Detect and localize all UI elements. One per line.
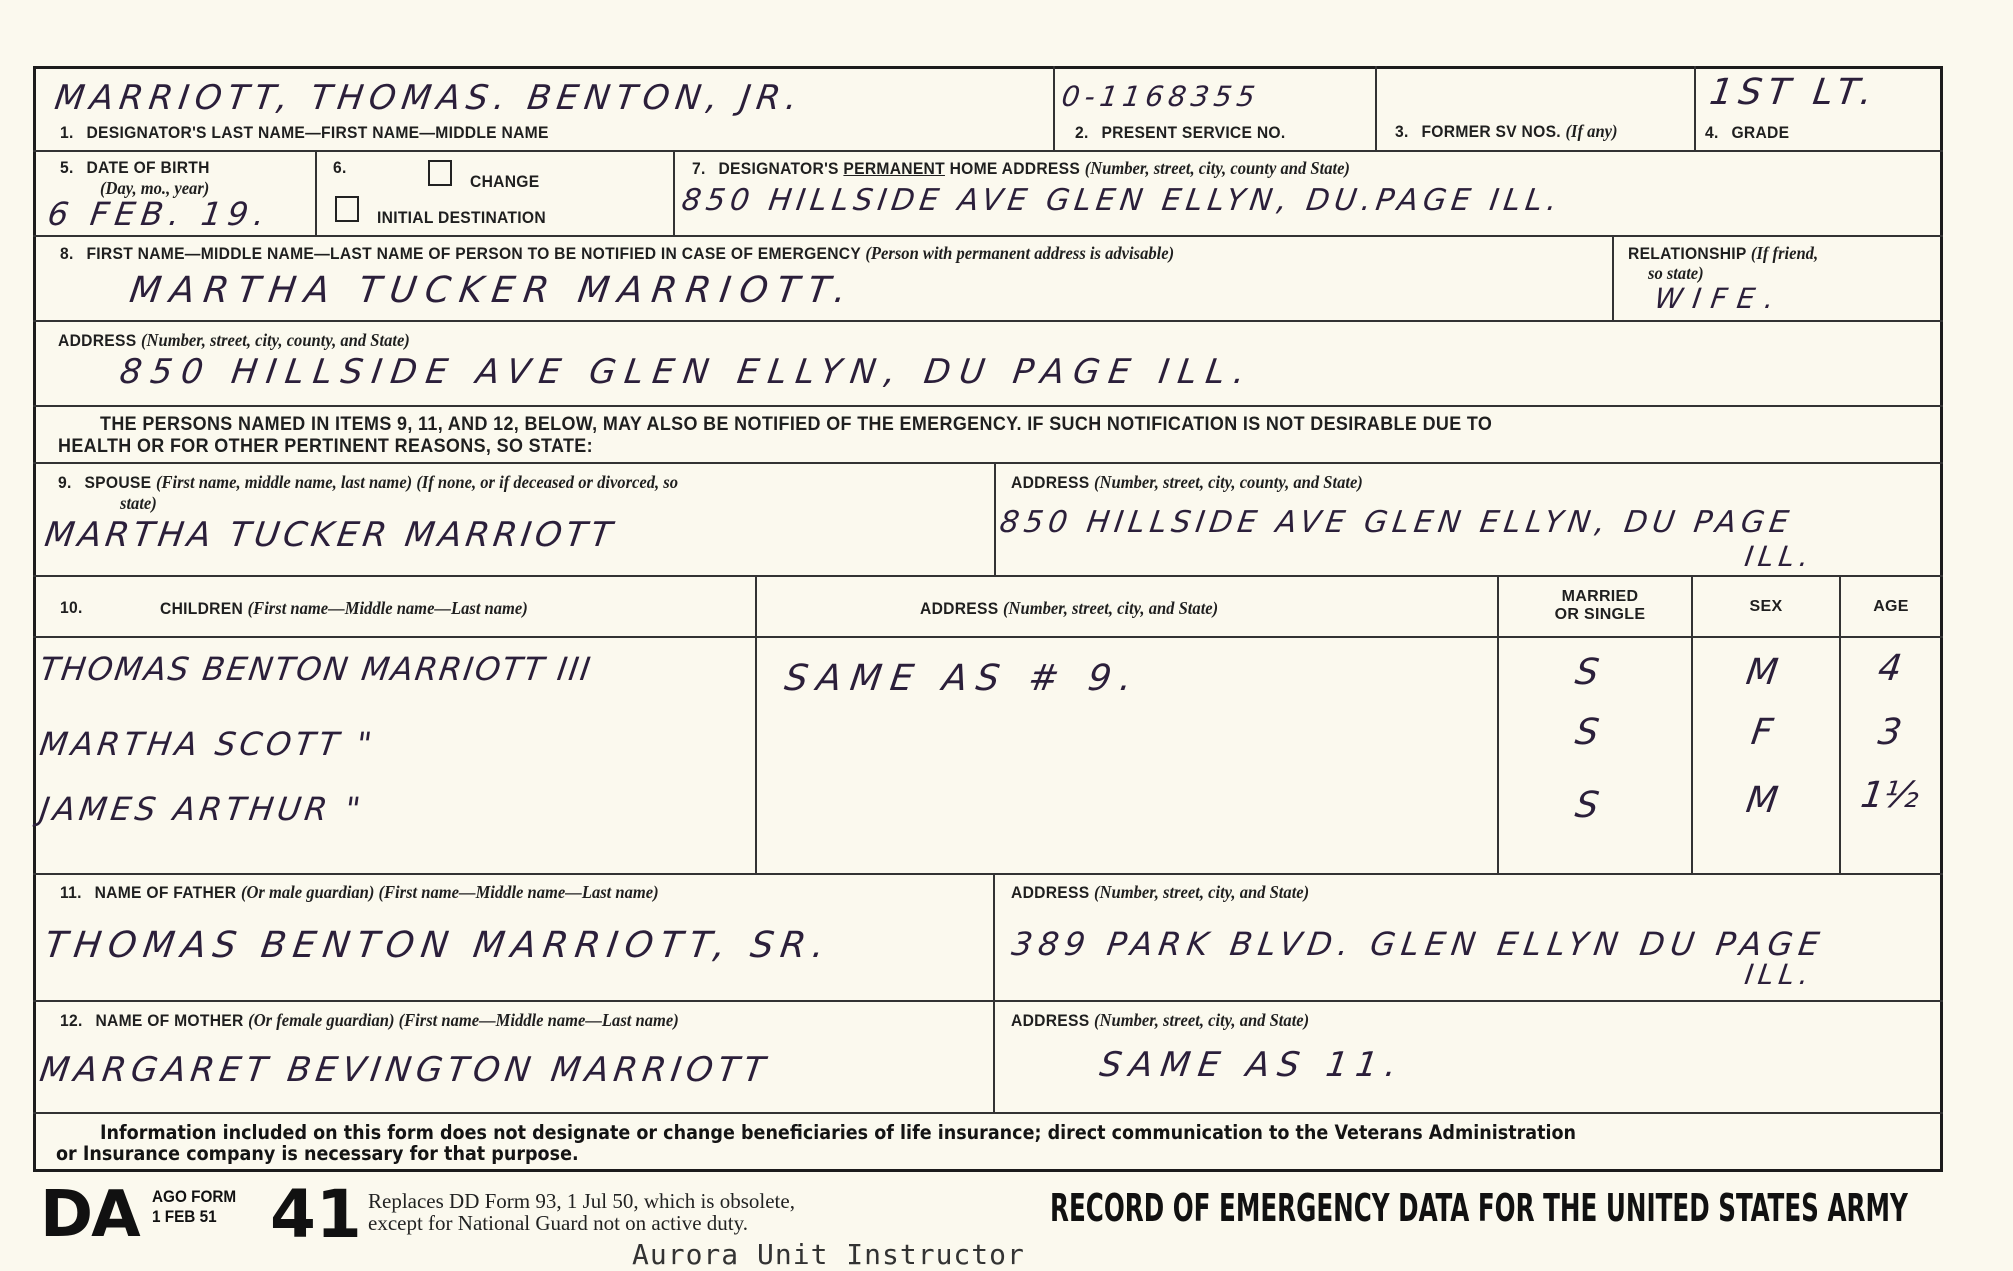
child-marital[interactable]: S	[1537, 785, 1643, 826]
divider	[315, 150, 317, 235]
emergency-contact-value[interactable]: MARTHA TUCKER MARRIOTT.	[127, 270, 858, 311]
divider	[993, 873, 995, 1112]
mother-address-value[interactable]: SAME AS 11.	[1097, 1045, 1407, 1085]
notice-line-2: HEALTH OR FOR OTHER PERTINENT REASONS, S…	[58, 435, 593, 457]
date-of-birth-label: 5.DATE OF BIRTH	[60, 158, 210, 178]
form-number: 41	[270, 1176, 362, 1253]
divider	[33, 575, 1943, 577]
grade-label: 4.GRADE	[1705, 123, 1789, 143]
divider	[33, 320, 1943, 322]
divider	[33, 873, 1943, 875]
divider	[1497, 575, 1499, 873]
emergency-contact-label: 8.FIRST NAME—MIDDLE NAME—LAST NAME OF PE…	[60, 243, 1174, 264]
father-address-label: ADDRESS (Number, street, city, and State…	[1011, 882, 1309, 903]
child-marital[interactable]: S	[1537, 712, 1643, 753]
info-line-2: or Insurance company is necessary for th…	[56, 1143, 579, 1164]
children-address-value[interactable]: SAME AS # 9.	[782, 658, 1143, 699]
mother-address-label: ADDRESS (Number, street, city, and State…	[1011, 1010, 1309, 1031]
divider	[33, 636, 1943, 638]
grade-value[interactable]: 1ST LT.	[1707, 72, 1881, 113]
service-number-value[interactable]: 0-1168355	[1060, 80, 1262, 113]
divider	[994, 462, 996, 575]
divider	[33, 235, 1943, 237]
divider	[755, 575, 757, 873]
emergency-address-value[interactable]: 850 HILLSIDE AVE GLEN ELLYN, DU PAGE ILL…	[117, 352, 1256, 392]
home-address-label: 7.DESIGNATOR'S PERMANENT HOME ADDRESS (N…	[692, 158, 1350, 179]
date-of-birth-value[interactable]: 6 FEB. 19.	[45, 195, 273, 233]
spouse-value[interactable]: MARTHA TUCKER MARRIOTT	[42, 515, 618, 555]
divider	[1694, 66, 1696, 150]
designator-name-label: 1.DESIGNATOR'S LAST NAME—FIRST NAME—MIDD…	[60, 123, 549, 143]
mother-label: 12.NAME OF MOTHER (Or female guardian) (…	[60, 1010, 679, 1031]
spouse-label: 9.SPOUSE (First name, middle name, last …	[58, 472, 678, 493]
relationship-hint: so state)	[1648, 263, 1704, 284]
child-sex[interactable]: F	[1712, 712, 1818, 753]
children-address-header: ADDRESS (Number, street, city, and State…	[920, 598, 1218, 619]
divider	[33, 1112, 1943, 1114]
child-name[interactable]: JAMES ARTHUR "	[37, 790, 366, 828]
child-age[interactable]: 4	[1842, 648, 1938, 689]
sex-header: SEX	[1693, 598, 1839, 616]
father-address-value[interactable]: 389 PARK BLVD. GLEN ELLYN DU PAGE	[1009, 925, 1827, 963]
divider	[33, 150, 1943, 152]
former-service-numbers-label: 3.FORMER SV NOS. (If any)	[1395, 121, 1618, 142]
change-label: CHANGE	[470, 172, 539, 192]
divider	[673, 150, 675, 235]
replaces-note: Replaces DD Form 93, 1 Jul 50, which is …	[368, 1190, 795, 1234]
divider	[33, 405, 1943, 407]
children-label: CHILDREN (Number, street, city, and Stat…	[160, 598, 528, 619]
divider	[1612, 235, 1614, 320]
spouse-address-label: ADDRESS (Number, street, city, county, a…	[1011, 472, 1363, 493]
father-value[interactable]: THOMAS BENTON MARRIOTT, SR.	[42, 925, 834, 966]
spouse-hint: state)	[120, 493, 157, 514]
child-marital[interactable]: S	[1537, 652, 1643, 693]
service-number-label: 2.PRESENT SERVICE NO.	[1075, 123, 1285, 143]
father-label: 11.NAME OF FATHER (Or male guardian) (Fi…	[60, 882, 659, 903]
relationship-label: RELATIONSHIP (If friend,	[1628, 243, 1818, 264]
initial-destination-checkbox[interactable]	[335, 196, 359, 222]
child-name[interactable]: THOMAS BENTON MARRIOTT III	[37, 650, 594, 688]
divider	[33, 1000, 1943, 1002]
form-ago-block: AGO FORM 1 FEB 51	[152, 1187, 236, 1227]
child-sex[interactable]: M	[1712, 780, 1818, 821]
initial-destination-label: INITIAL DESTINATION	[377, 208, 546, 228]
home-address-value[interactable]: 850 HILLSIDE AVE GLEN ELLYN, DU.PAGE ILL…	[680, 183, 1565, 218]
divider	[1839, 575, 1841, 873]
item6-number: 6.	[333, 158, 347, 178]
child-age[interactable]: 1½	[1842, 775, 1938, 816]
spouse-address-value-line2: ILL.	[1743, 540, 1816, 573]
father-address-value-line2: ILL.	[1743, 958, 1816, 991]
divider	[1375, 66, 1377, 150]
notice-line-1: THE PERSONS NAMED IN ITEMS 9, 11, AND 12…	[100, 413, 1492, 435]
child-name[interactable]: MARTHA SCOTT "	[37, 725, 378, 763]
info-line-1: Information included on this form does n…	[100, 1122, 1576, 1143]
age-header: AGE	[1841, 598, 1941, 616]
relationship-value[interactable]: WIFE.	[1653, 282, 1786, 315]
emergency-address-label: ADDRESS (Number, street, city, county, a…	[58, 330, 410, 351]
divider	[33, 462, 1943, 464]
form-title: RECORD OF EMERGENCY DATA FOR THE UNITED …	[1050, 1186, 1908, 1230]
children-number: 10.	[60, 598, 83, 618]
mother-value[interactable]: MARGARET BEVINGTON MARRIOTT	[37, 1050, 772, 1090]
married-header: MARRIED OR SINGLE	[1520, 588, 1680, 624]
form-prefix: DA	[40, 1178, 139, 1252]
change-checkbox[interactable]	[428, 160, 452, 186]
office-stamp: Aurora Unit Instructor	[632, 1238, 1025, 1271]
former-service-numbers-value[interactable]	[1380, 75, 1690, 115]
designator-name-value[interactable]: MARRIOTT, THOMAS. BENTON, JR.	[52, 78, 806, 118]
child-sex[interactable]: M	[1712, 652, 1818, 693]
child-age[interactable]: 3	[1842, 712, 1938, 753]
spouse-address-value[interactable]: 850 HILLSIDE AVE GLEN ELLYN, DU PAGE	[998, 505, 1796, 540]
divider	[1053, 66, 1055, 150]
divider	[1691, 575, 1693, 873]
